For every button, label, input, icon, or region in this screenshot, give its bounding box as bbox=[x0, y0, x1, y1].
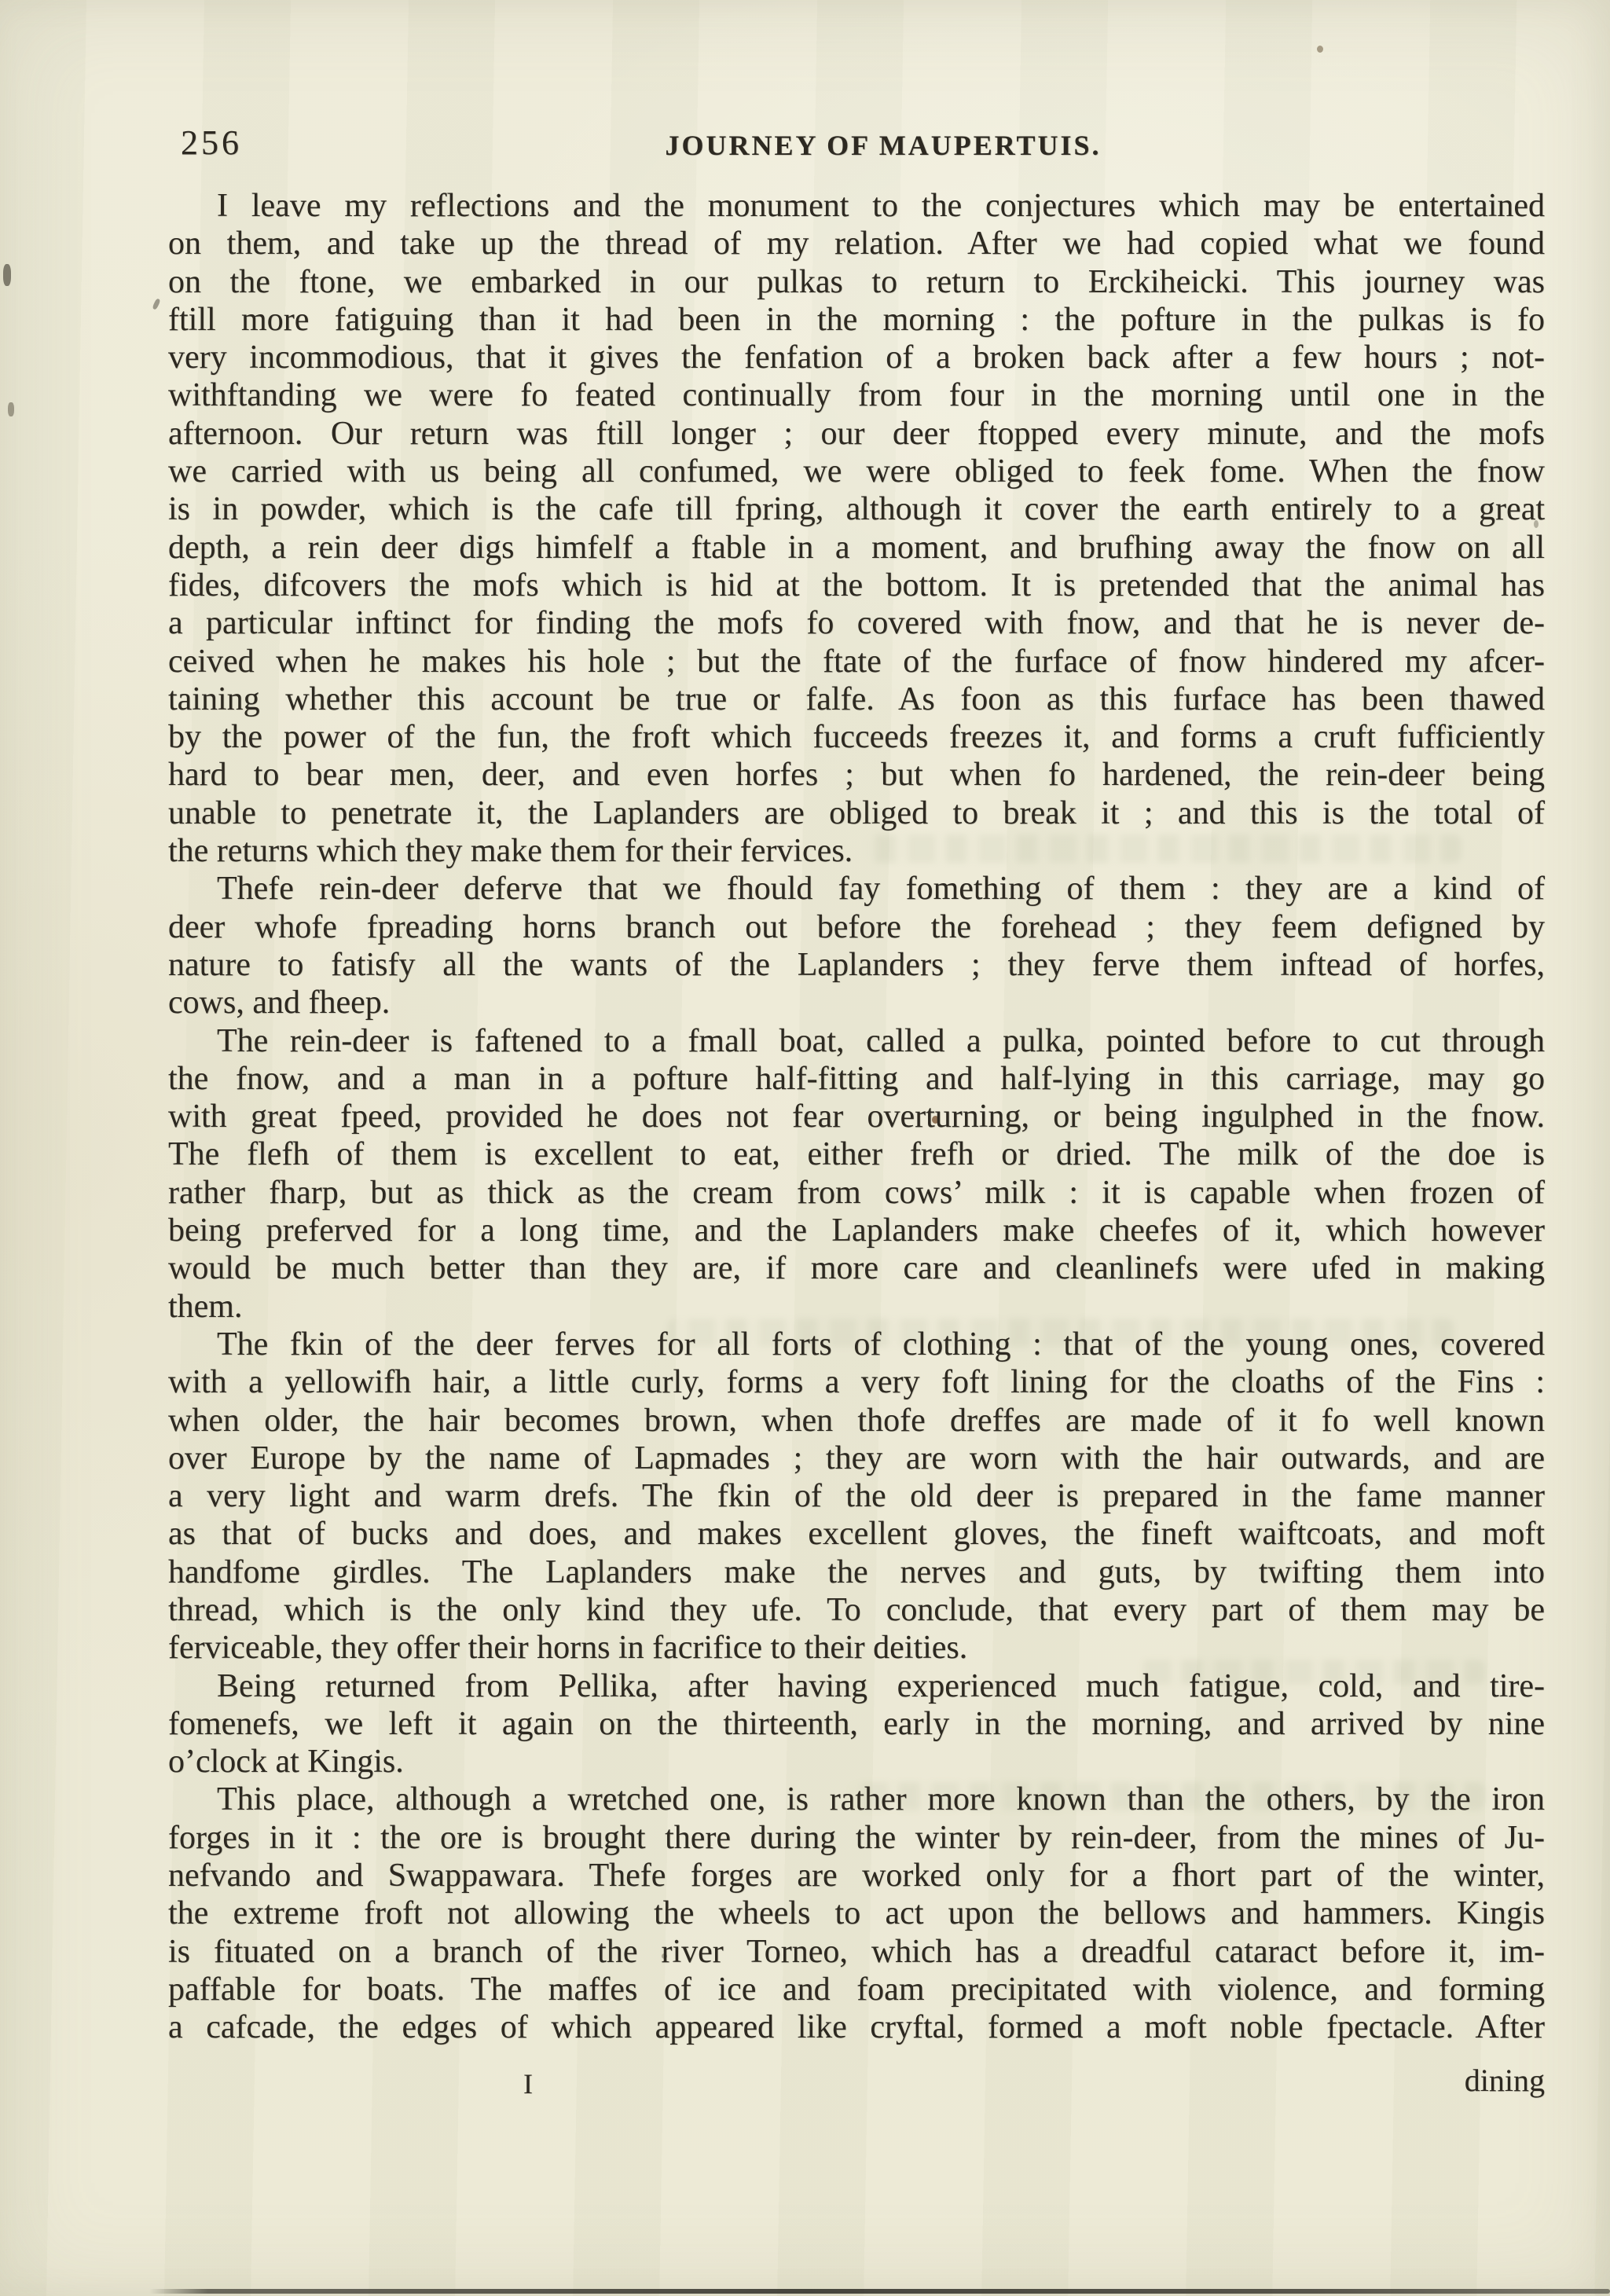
text-line: withftanding we were fo feated continual… bbox=[168, 376, 1545, 414]
text-line: o’clock at Kingis. bbox=[168, 1743, 1545, 1781]
ink-speck bbox=[152, 298, 160, 310]
text-line: The flefh of them is excellent to eat, e… bbox=[168, 1135, 1545, 1173]
text-line: the extreme froft not allowing the wheel… bbox=[168, 1894, 1545, 1932]
text-line: fides, difcovers the mofs which is hid a… bbox=[168, 567, 1545, 604]
text-line: as that of bucks and does, and makes exc… bbox=[168, 1515, 1545, 1553]
text-line: The rein-deer is faftened to a fmall boa… bbox=[168, 1022, 1545, 1060]
text-line: a very light and warm drefs. The fkin of… bbox=[168, 1477, 1545, 1515]
text-line: by the power of the fun, the froft which… bbox=[168, 718, 1545, 756]
text-line: ceived when he makes his hole ; but the … bbox=[168, 643, 1545, 680]
running-title: JOURNEY OF MAUPERTUIS. bbox=[665, 128, 1101, 163]
text-line: them. bbox=[168, 1288, 1545, 1326]
text-line: unable to penetrate it, the Laplanders a… bbox=[168, 794, 1545, 832]
text-line: cows, and fheep. bbox=[168, 984, 1545, 1021]
ink-speck bbox=[8, 402, 14, 416]
text-line: when older, the hair becomes brown, when… bbox=[168, 1402, 1545, 1440]
ink-speck bbox=[1317, 46, 1323, 53]
ink-speck bbox=[3, 264, 11, 286]
text-line: is fituated on a branch of the river Tor… bbox=[168, 1933, 1545, 1971]
text-line: being preferved for a long time, and the… bbox=[168, 1212, 1545, 1249]
text-line: paffable for boats. The maffes of ice an… bbox=[168, 1971, 1545, 2008]
text-line: This place, although a wretched one, is … bbox=[168, 1781, 1545, 1818]
book-page-scan: 256 JOURNEY OF MAUPERTUIS. I leave my re… bbox=[0, 0, 1610, 2296]
text-line: Being returned from Pellika, after havin… bbox=[168, 1667, 1545, 1705]
text-line: Thefe rein-deer deferve that we fhould f… bbox=[168, 870, 1545, 908]
text-line: the returns which they make them for the… bbox=[168, 832, 1545, 870]
text-line: handfome girdles. The Laplanders make th… bbox=[168, 1553, 1545, 1591]
text-line: nature to fatisfy all the wants of the L… bbox=[168, 946, 1545, 984]
text-line: depth, a rein deer digs himfelf a ftable… bbox=[168, 529, 1545, 567]
text-line: ferviceable, they offer their horns in f… bbox=[168, 1629, 1545, 1667]
text-line: taining whether this account be true or … bbox=[168, 680, 1545, 718]
text-line: would be much better than they are, if m… bbox=[168, 1249, 1545, 1287]
body-text: I leave my reflections and the monument … bbox=[168, 187, 1545, 2047]
text-line: hard to bear men, deer, and even horfes … bbox=[168, 756, 1545, 794]
text-line: with a yellowifh hair, a little curly, f… bbox=[168, 1363, 1545, 1401]
text-line: nefvando and Swappawara. Thefe forges ar… bbox=[168, 1857, 1545, 1894]
text-line: with great fpeed, provided he does not f… bbox=[168, 1098, 1545, 1135]
page-number: 256 bbox=[181, 124, 242, 162]
text-line: over Europe by the name of Lapmades ; th… bbox=[168, 1440, 1545, 1477]
text-line: forges in it : the ore is brought there … bbox=[168, 1819, 1545, 1857]
text-line: a cafcade, the edges of which appeared l… bbox=[168, 2008, 1545, 2046]
scan-edge-line bbox=[149, 2289, 1610, 2294]
text-line: a particular inftinct for finding the mo… bbox=[168, 604, 1545, 642]
text-line: I leave my reflections and the monument … bbox=[168, 187, 1545, 225]
text-line: we carried with us being all confumed, w… bbox=[168, 453, 1545, 490]
footer-row: I dining bbox=[168, 2060, 1545, 2101]
text-line: The fkin of the deer ferves for all fort… bbox=[168, 1326, 1545, 1363]
signature-mark: I bbox=[523, 2063, 533, 2104]
text-line: afternoon. Our return was ftill longer ;… bbox=[168, 415, 1545, 453]
text-line: very incommodious, that it gives the fen… bbox=[168, 339, 1545, 376]
text-line: ftill more fatiguing than it had been in… bbox=[168, 301, 1545, 339]
text-line: the fnow, and a man in a pofture half-fi… bbox=[168, 1060, 1545, 1098]
catchword: dining bbox=[1465, 2060, 1545, 2101]
text-line: rather fharp, but as thick as the cream … bbox=[168, 1174, 1545, 1212]
text-line: thread, which is the only kind they ufe.… bbox=[168, 1591, 1545, 1629]
text-line: on the ftone, we embarked in our pulkas … bbox=[168, 263, 1545, 301]
text-line: deer whofe fpreading horns branch out be… bbox=[168, 908, 1545, 946]
text-line: fomenefs, we left it again on the thirte… bbox=[168, 1705, 1545, 1743]
text-line: on them, and take up the thread of my re… bbox=[168, 225, 1545, 262]
text-line: is in powder, which is the cafe till fpr… bbox=[168, 490, 1545, 528]
